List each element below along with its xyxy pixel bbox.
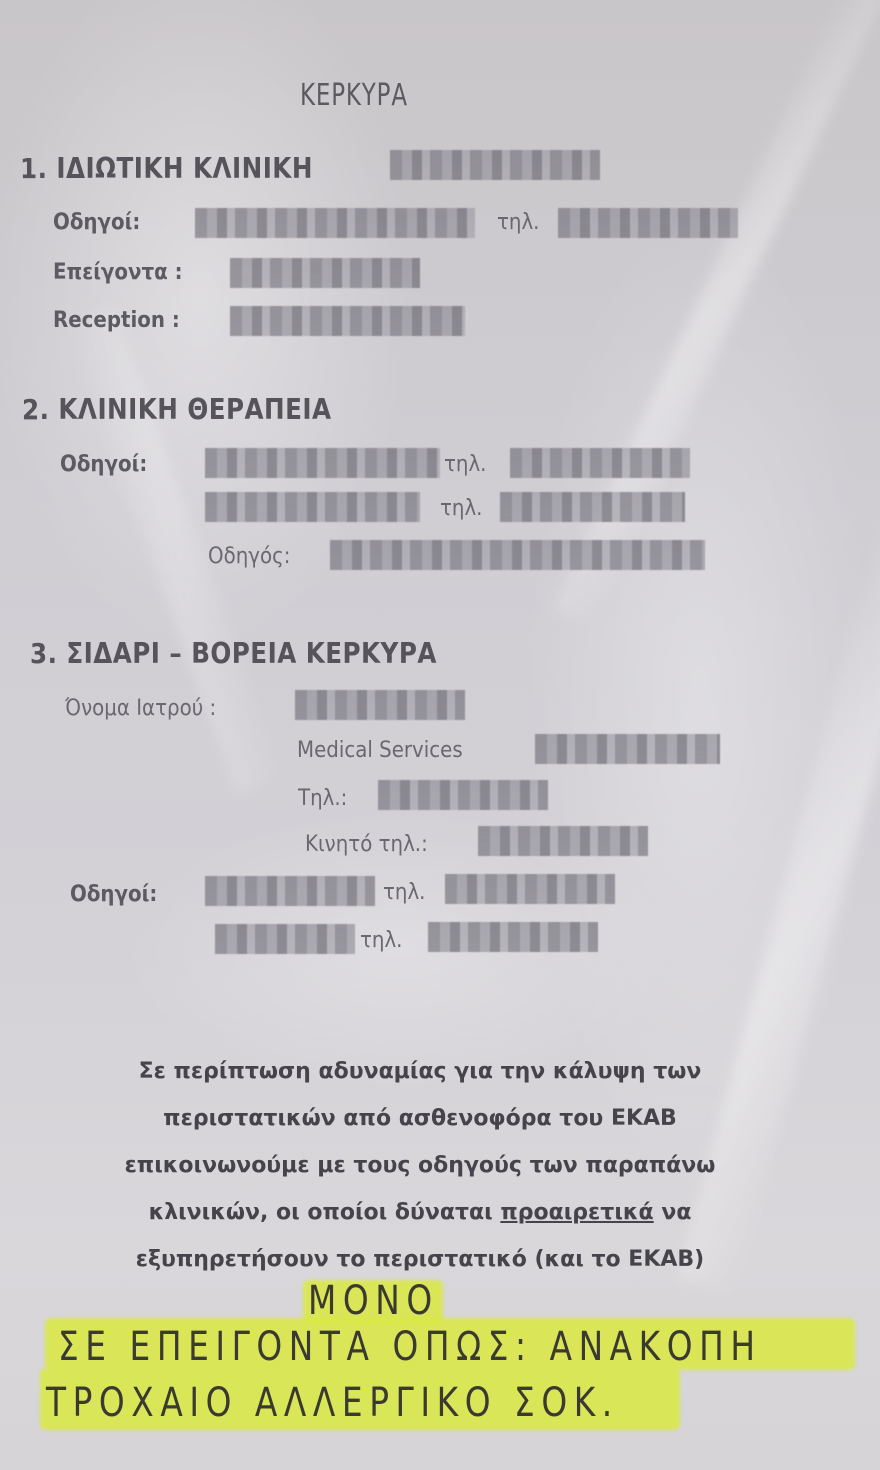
redacted-phone <box>428 922 598 952</box>
document-title: ΚΕΡΚΥΡΑ <box>300 78 408 113</box>
mobile-phone-label: Κινητό τηλ.: <box>305 832 428 857</box>
medical-services-label: Medical Services <box>297 738 463 763</box>
phone-label: τηλ. <box>383 880 425 905</box>
redacted-driver-info <box>330 540 705 570</box>
notice-text: να <box>654 1200 692 1225</box>
redacted-doctor-name <box>295 690 465 720</box>
phone-label: τηλ. <box>497 210 539 235</box>
handwritten-note-line: ΜΟΝΟ <box>308 1278 439 1324</box>
photographed-document: ΚΕΡΚΥΡΑ 1. ΙΔΙΩΤΙΚΗ ΚΛΙΝΙΚΗ Οδηγοί: τηλ.… <box>0 0 880 1470</box>
notice-line: Σε περίπτωση αδυναμίας για την κάλυψη τω… <box>60 1048 780 1095</box>
plastic-glare <box>554 0 880 626</box>
redacted-medical-services <box>535 734 720 764</box>
redacted-mobile-phone <box>478 826 648 856</box>
redacted-driver-name <box>215 924 355 954</box>
phone-label: τηλ. <box>440 496 482 521</box>
redacted-phone <box>510 448 690 478</box>
phone-label: τηλ. <box>360 928 402 953</box>
notice-line: εξυπηρετήσουν το περιστατικό (και το ΕΚΑ… <box>60 1236 780 1283</box>
drivers-label: Οδηγοί: <box>60 452 147 477</box>
section-1-heading: 1. ΙΔΙΩΤΙΚΗ ΚΛΙΝΙΚΗ <box>20 152 313 185</box>
redacted-phone <box>558 208 738 238</box>
redacted-clinic-name <box>390 150 600 180</box>
handwritten-note-line: ΣΕ ΕΠΕΙΓΟΝΤΑ ΟΠΩΣ: ΑΝΑΚΟΠΗ <box>58 1324 762 1370</box>
notice-paragraph: Σε περίπτωση αδυναμίας για την κάλυψη τω… <box>60 1048 780 1283</box>
reception-label: Reception : <box>53 308 180 333</box>
doctor-name-label: Όνομα Ιατρού : <box>65 696 216 721</box>
redacted-reception-phone <box>230 306 465 336</box>
emergency-label: Επείγοντα : <box>53 260 183 285</box>
drivers-label: Οδηγοί: <box>53 210 140 235</box>
handwritten-note-line: ΤΡΟΧΑΙΟ ΑΛΛΕΡΓΙΚΟ ΣΟΚ. <box>46 1380 619 1426</box>
underlined-word: προαιρετικά <box>500 1200 653 1225</box>
phone-label: τηλ. <box>444 452 486 477</box>
notice-line: περιστατικών από ασθενοφόρα του ΕΚΑΒ <box>60 1095 780 1142</box>
redacted-phone <box>378 780 548 810</box>
drivers-label: Οδηγοί: <box>70 882 157 907</box>
redacted-phone <box>500 492 685 522</box>
redacted-phone <box>445 874 615 904</box>
driver-label: Οδηγός: <box>208 544 290 569</box>
notice-line: επικοινωνούμε με τους οδηγούς των παραπά… <box>60 1142 780 1189</box>
notice-text: κλινικών, οι οποίοι δύναται <box>149 1200 501 1225</box>
notice-line: κλινικών, οι οποίοι δύναται προαιρετικά … <box>60 1189 780 1236</box>
phone-label: Τηλ.: <box>298 786 347 811</box>
section-2-heading: 2. ΚΛΙΝΙΚΗ ΘΕΡΑΠΕΙΑ <box>22 393 331 426</box>
redacted-emergency-phone <box>230 258 420 288</box>
section-3-heading: 3. ΣΙΔΑΡΙ – ΒΟΡΕΙΑ ΚΕΡΚΥΡΑ <box>30 637 437 670</box>
redacted-driver-name <box>195 208 475 238</box>
redacted-driver-name <box>205 448 440 478</box>
redacted-driver-name <box>205 492 420 522</box>
redacted-driver-name <box>205 876 375 906</box>
